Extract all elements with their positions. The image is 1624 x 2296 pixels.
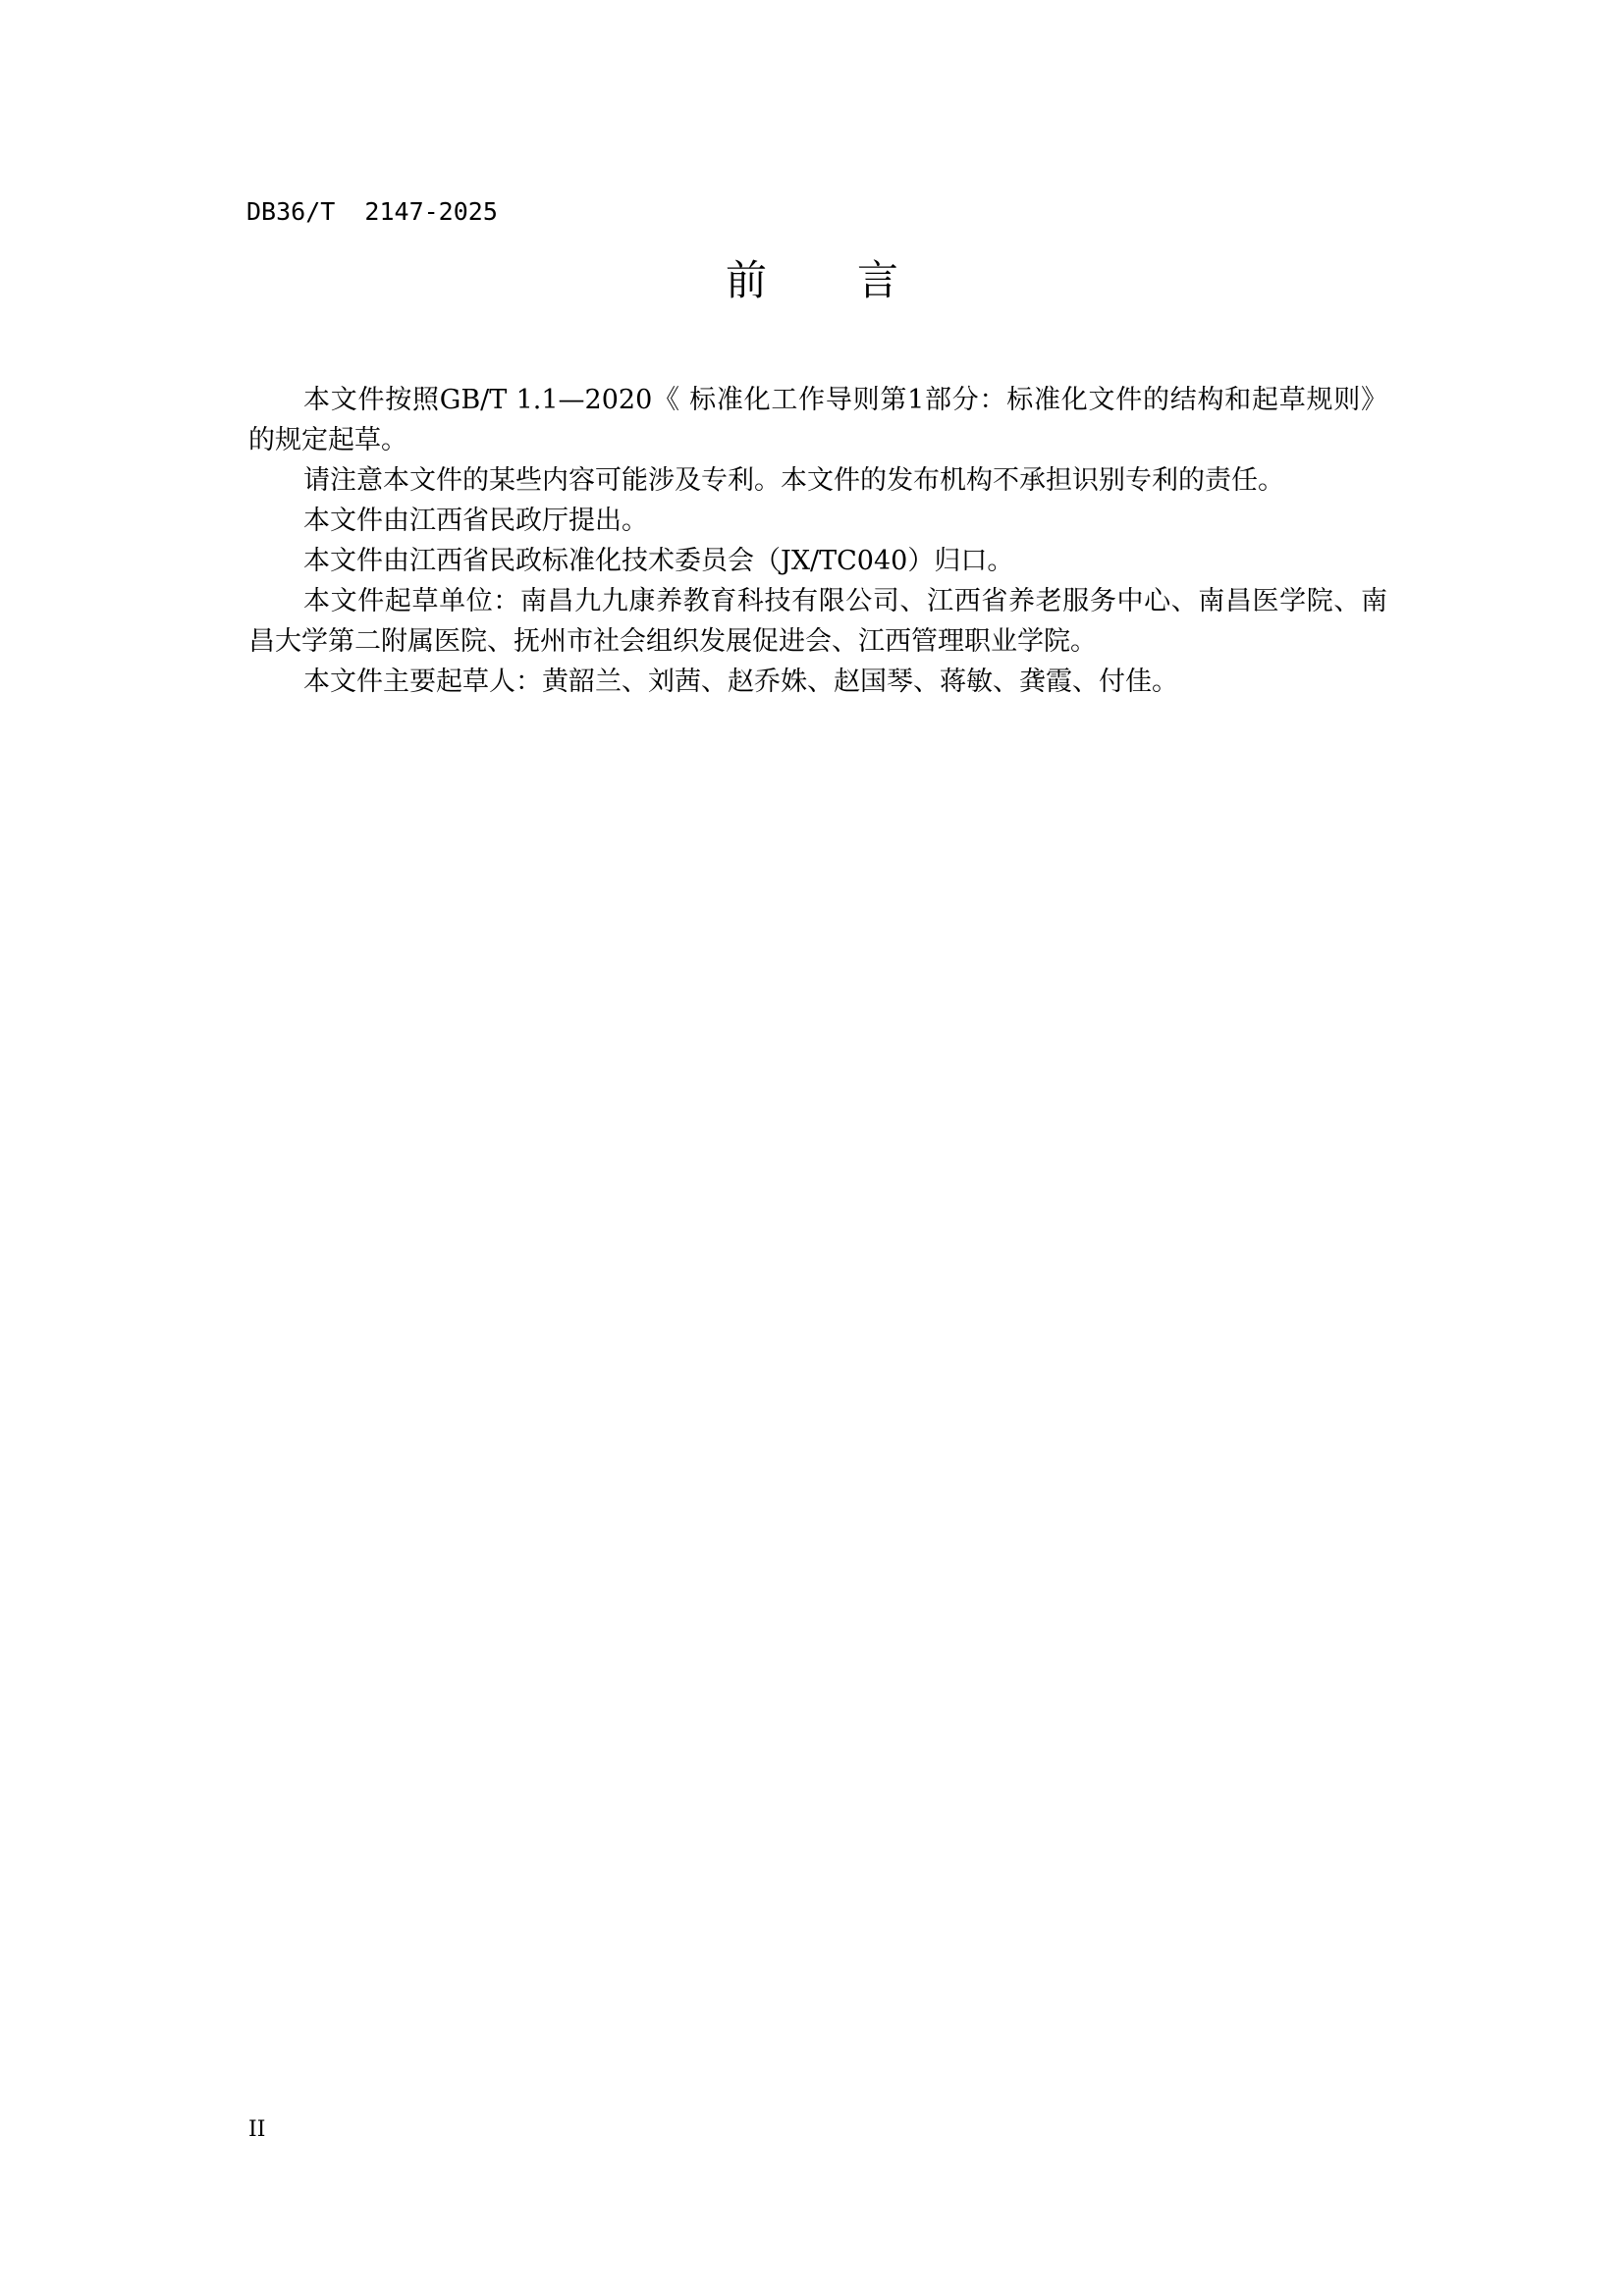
paragraph-proposer: 本文件由江西省民政厅提出。 xyxy=(248,501,1387,541)
paragraph-administrator: 本文件由江西省民政标准化技术委员会（JX/TC040）归口。 xyxy=(248,541,1387,581)
paragraph-drafting-rules: 本文件按照GB/T 1.1—2020《 标准化工作导则第1部分：标准化文件的结构… xyxy=(248,380,1387,460)
section-title-foreword: 前言 xyxy=(0,253,1624,308)
page-number: II xyxy=(248,2116,265,2144)
title-char-2: 言 xyxy=(857,253,898,308)
document-page: DB36/T 2147-2025 前言 本文件按照GB/T 1.1—2020《 … xyxy=(0,0,1624,2296)
paragraph-drafting-units: 本文件起草单位：南昌九九康养教育科技有限公司、江西省养老服务中心、南昌医学院、南… xyxy=(248,581,1387,662)
foreword-body: 本文件按照GB/T 1.1—2020《 标准化工作导则第1部分：标准化文件的结构… xyxy=(248,380,1387,702)
title-char-1: 前 xyxy=(726,253,767,308)
paragraph-patent-notice: 请注意本文件的某些内容可能涉及专利。本文件的发布机构不承担识别专利的责任。 xyxy=(248,460,1387,501)
standard-number: DB36/T 2147-2025 xyxy=(246,196,498,228)
paragraph-drafters: 本文件主要起草人：黄韶兰、刘茜、赵乔姝、赵国琴、蒋敏、龚霞、付佳。 xyxy=(248,662,1387,702)
